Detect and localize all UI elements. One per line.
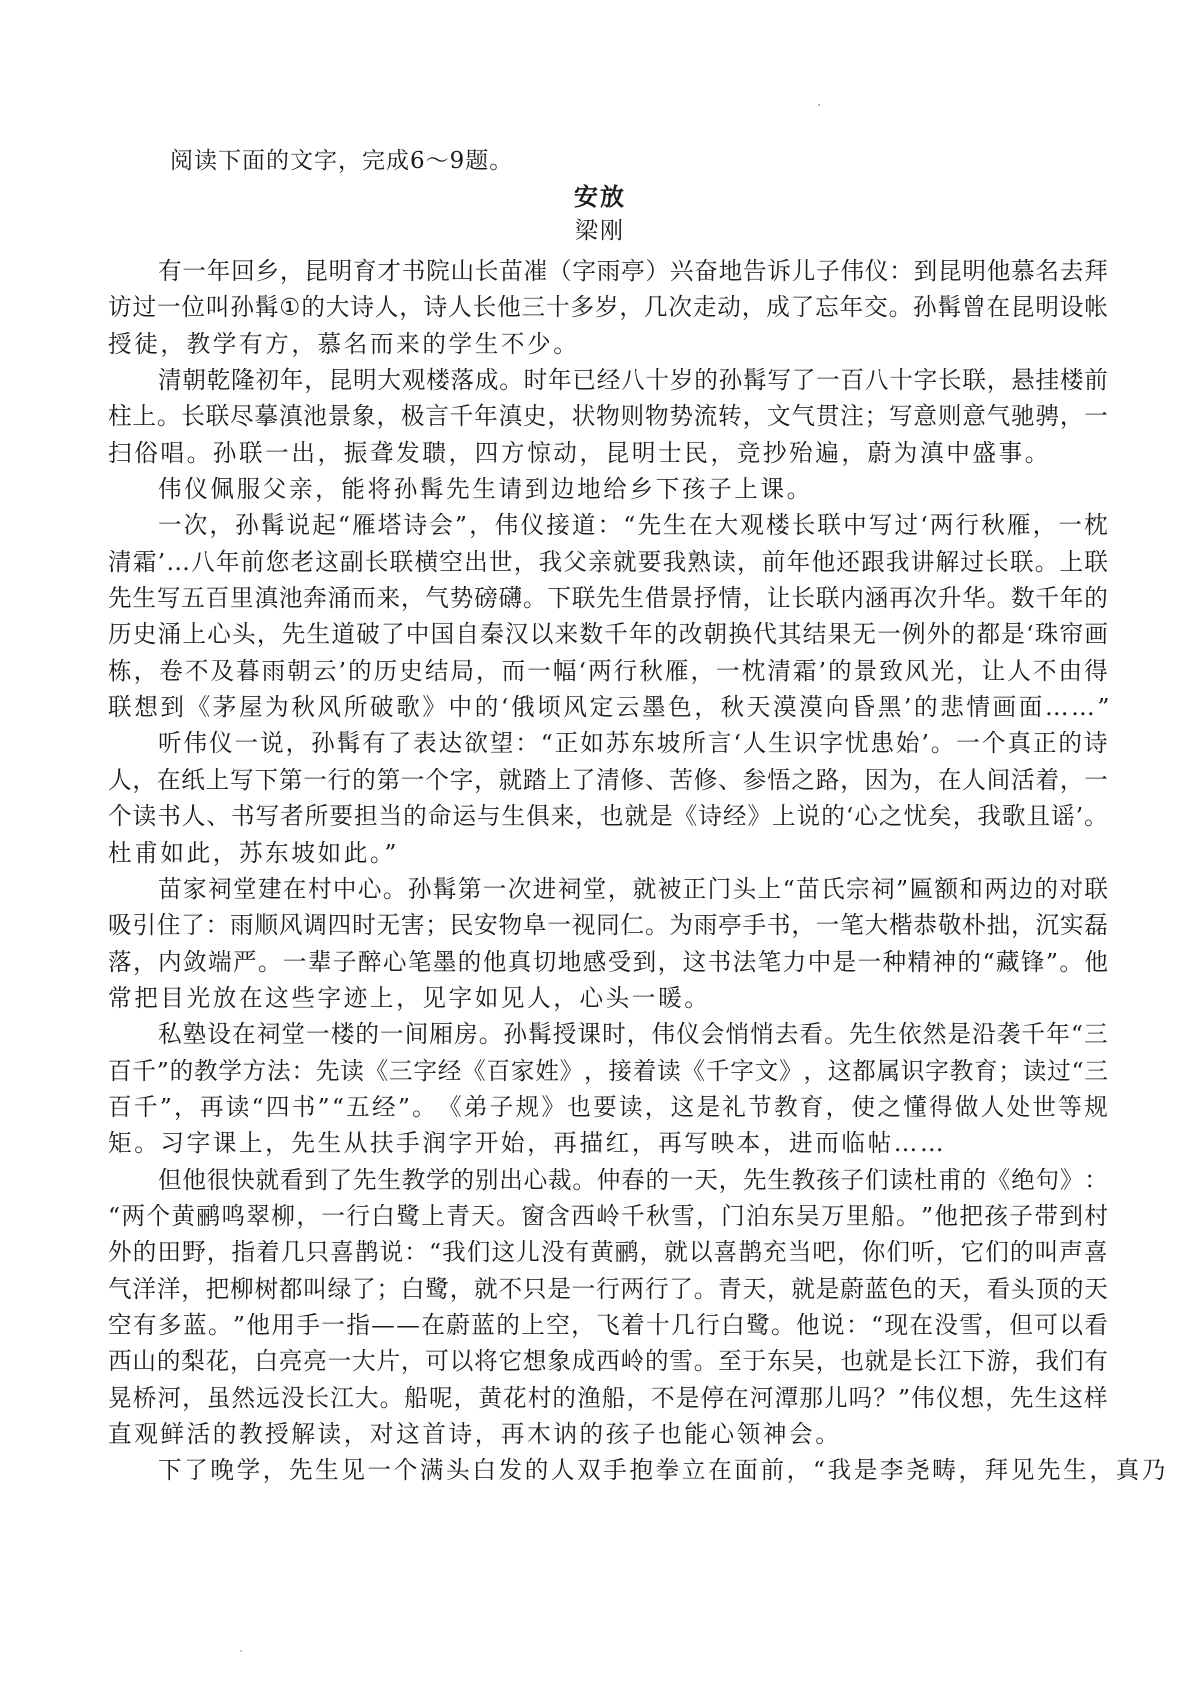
paragraph: 苗家祠堂建在村中心。孙髯第一次进祠堂，就被正门头上“苗氏宗祠”匾额和两边的对联吸…	[108, 871, 1108, 1016]
text-line: 授徒，教学有方，慕名而来的学生不少。	[108, 326, 1108, 362]
question-instruction: 阅读下面的文字，完成6～9题。	[170, 146, 513, 176]
paragraph: 听伟仪一说，孙髯有了表达欲望：“正如苏东坡所言‘人生识字忧患始’。一个真正的诗人…	[108, 725, 1108, 870]
text-line: 下了晚学，先生见一个满头白发的人双手抱拳立在面前，“我是李尧畴，拜见先生，真乃	[108, 1452, 1108, 1488]
text-line: 联想到《茅屋为秋风所破歌》中的‘俄顷风定云墨色，秋天漠漠向昏黑’的悲情画面……”	[108, 689, 1108, 725]
text-line: 个读书人、书写者所要担当的命运与生俱来，也就是《诗经》上说的‘心之忧矣，我歌且谣…	[108, 798, 1108, 834]
text-line: 一次，孙髯说起“雁塔诗会”，伟仪接道：“先生在大观楼长联中写过‘两行秋雁，一枕	[108, 507, 1108, 543]
text-line: 空有多蓝。”他用手一指——在蔚蓝的上空，飞着十几行白鹭。他说：“现在没雪，但可以…	[108, 1307, 1108, 1343]
text-line: 百千”，再读“四书”“五经”。《弟子规》也要读，这是礼节教育，使之懂得做人处世等…	[108, 1089, 1108, 1125]
text-line: 气洋洋，把柳树都叫绿了；白鹭，就不只是一行两行了。青天，就是蔚蓝色的天，看头顶的…	[108, 1271, 1108, 1307]
paragraph: 私塾设在祠堂一楼的一间厢房。孙髯授课时，伟仪会悄悄去看。先生依然是沿袭千年“三百…	[108, 1016, 1108, 1161]
text-line: 清霜’…八年前您老这副长联横空出世，我父亲就要我熟读，前年他还跟我讲解过长联。上…	[108, 544, 1108, 580]
text-line: 吸引住了：雨顺风调四时无害；民安物阜一视同仁。为雨亭手书，一笔大楷恭敬朴拙，沉实…	[108, 907, 1108, 943]
paragraph: 但他很快就看到了先生教学的别出心裁。仲春的一天，先生教孩子们读杜甫的《绝句》：“…	[108, 1162, 1108, 1453]
text-line: 柱上。长联尽摹滇池景象，极言千年滇史，状物则物势流转，文气贯注；写意则意气驰骋，…	[108, 398, 1108, 434]
text-line: 西山的梨花，白亮亮一大片，可以将它想象成西岭的雪。至于东吴，也就是长江下游，我们…	[108, 1343, 1108, 1379]
paragraph: 清朝乾隆初年，昆明大观楼落成。时年已经八十岁的孙髯写了一百八十字长联，悬挂楼前柱…	[108, 362, 1108, 471]
text-line: 访过一位叫孙髯①的大诗人，诗人长他三十多岁，几次走动，成了忘年交。孙髯曾在昆明设…	[108, 289, 1108, 325]
text-line: 栋，卷不及暮雨朝云’的历史结局，而一幅‘两行秋雁，一枕清霜’的景致风光，让人不由…	[108, 653, 1108, 689]
text-line: 私塾设在祠堂一楼的一间厢房。孙髯授课时，伟仪会悄悄去看。先生依然是沿袭千年“三	[108, 1016, 1108, 1052]
text-line: 有一年回乡，昆明育才书院山长苗凗（字雨亭）兴奋地告诉儿子伟仪：到昆明他慕名去拜	[108, 253, 1108, 289]
document-page: 阅读下面的文字，完成6～9题。 安放 梁刚 有一年回乡，昆明育才书院山长苗凗（字…	[0, 0, 1200, 1699]
article-title: 安放	[0, 182, 1200, 212]
text-line: 伟仪佩服父亲，能将孙髯先生请到边地给乡下孩子上课。	[108, 471, 1108, 507]
text-line: 人，在纸上写下第一行的第一个字，就踏上了清修、苦修、参悟之路，因为，在人间活着，…	[108, 762, 1108, 798]
text-line: 听伟仪一说，孙髯有了表达欲望：“正如苏东坡所言‘人生识字忧患始’。一个真正的诗	[108, 725, 1108, 761]
paragraph: 有一年回乡，昆明育才书院山长苗凗（字雨亭）兴奋地告诉儿子伟仪：到昆明他慕名去拜访…	[108, 253, 1108, 362]
text-line: 外的田野，指着几只喜鹊说：“我们这儿没有黄鹂，就以喜鹊充当吧，你们听，它们的叫声…	[108, 1234, 1108, 1270]
text-line: 但他很快就看到了先生教学的别出心裁。仲春的一天，先生教孩子们读杜甫的《绝句》：	[108, 1162, 1108, 1198]
text-line: 扫俗唱。孙联一出，振聋发聩，四方惊动，昆明士民，竞抄殆遍，蔚为滇中盛事。	[108, 435, 1108, 471]
text-line: 杜甫如此，苏东坡如此。”	[108, 835, 1108, 871]
text-line: 常把目光放在这些字迹上，见字如见人，心头一暖。	[108, 980, 1108, 1016]
scan-speck	[818, 104, 820, 106]
text-line: “两个黄鹂鸣翠柳，一行白鹭上青天。窗含西岭千秋雪，门泊东吴万里船。”他把孩子带到…	[108, 1198, 1108, 1234]
article-body: 有一年回乡，昆明育才书院山长苗凗（字雨亭）兴奋地告诉儿子伟仪：到昆明他慕名去拜访…	[108, 253, 1108, 1489]
paragraph: 下了晚学，先生见一个满头白发的人双手抱拳立在面前，“我是李尧畴，拜见先生，真乃	[108, 1452, 1108, 1488]
text-line: 先生写五百里滇池奔涌而来，气势磅礴。下联先生借景抒情，让长联内涵再次升华。数千年…	[108, 580, 1108, 616]
text-line: 历史涌上心头，先生道破了中国自秦汉以来数千年的改朝换代其结果无一例外的都是‘珠帘…	[108, 616, 1108, 652]
text-line: 晃桥河，虽然远没长江大。船呢，黄花村的渔船，不是停在河潭那儿吗？”伟仪想，先生这…	[108, 1380, 1108, 1416]
text-line: 清朝乾隆初年，昆明大观楼落成。时年已经八十岁的孙髯写了一百八十字长联，悬挂楼前	[108, 362, 1108, 398]
text-line: 矩。习字课上，先生从扶手润字开始，再描红，再写映本，进而临帖……	[108, 1125, 1108, 1161]
paragraph: 伟仪佩服父亲，能将孙髯先生请到边地给乡下孩子上课。	[108, 471, 1108, 507]
text-line: 百千”的教学方法：先读《三字经《百家姓》，接着读《千字文》，这都属识字教育；读过…	[108, 1053, 1108, 1089]
scan-speck	[240, 1650, 242, 1652]
article-author: 梁刚	[0, 216, 1200, 246]
text-line: 苗家祠堂建在村中心。孙髯第一次进祠堂，就被正门头上“苗氏宗祠”匾额和两边的对联	[108, 871, 1108, 907]
text-line: 落，内敛端严。一辈子醉心笔墨的他真切地感受到，这书法笔力中是一种精神的“藏锋”。…	[108, 944, 1108, 980]
paragraph: 一次，孙髯说起“雁塔诗会”，伟仪接道：“先生在大观楼长联中写过‘两行秋雁，一枕清…	[108, 507, 1108, 725]
text-line: 直观鲜活的教授解读，对这首诗，再木讷的孩子也能心领神会。	[108, 1416, 1108, 1452]
